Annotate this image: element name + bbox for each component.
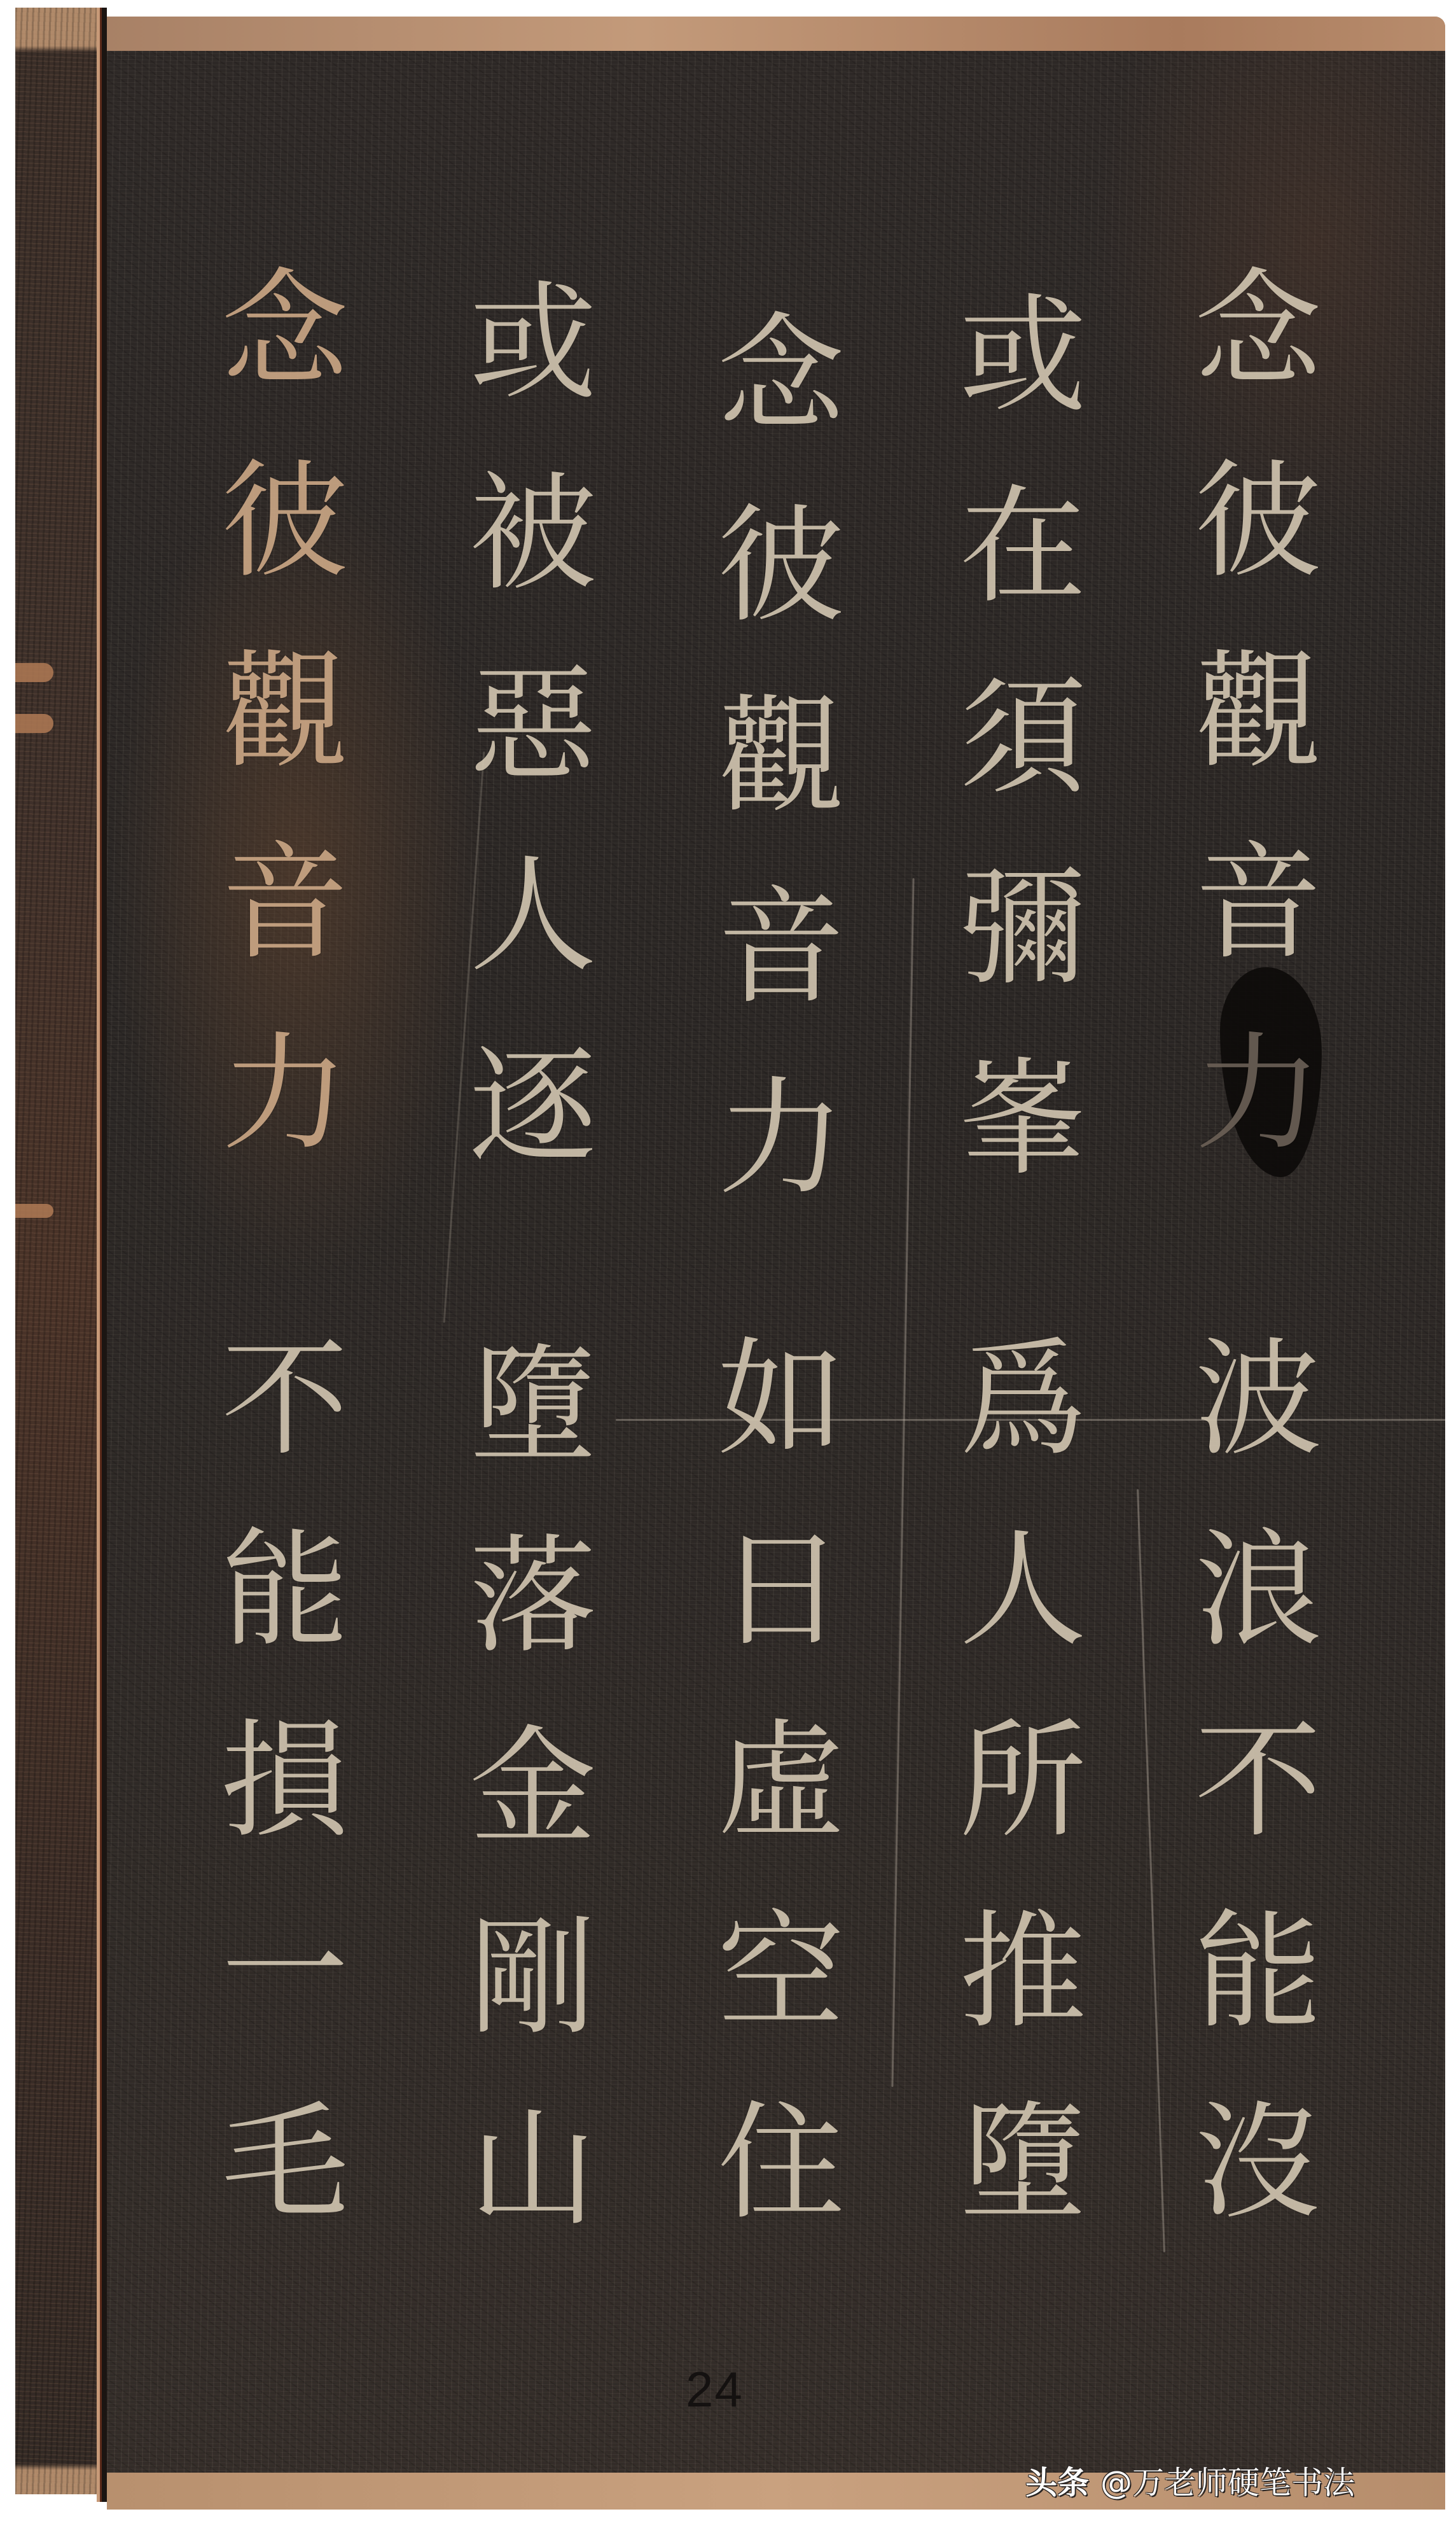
page-number: 24 xyxy=(686,2361,744,2419)
character: 彼 xyxy=(1182,426,1335,617)
character: 惡 xyxy=(457,630,609,821)
character: 人 xyxy=(946,1495,1099,1686)
character: 觀 xyxy=(1182,617,1335,808)
character: 觀 xyxy=(209,617,361,808)
character: 在 xyxy=(946,452,1099,643)
character: 浪 xyxy=(1182,1495,1335,1686)
character: 空 xyxy=(705,1877,857,2068)
character: 不 xyxy=(1182,1686,1335,1877)
adjacent-page-character-fragment xyxy=(15,1204,53,1218)
stele-rubbing-surface: 念 彼 觀 音 力 波 浪 不 能 沒 或 在 須 彌 峯 爲 人 所 推 墮 xyxy=(107,51,1445,2473)
character: 音 xyxy=(209,808,361,999)
character: 被 xyxy=(457,439,609,630)
character: 推 xyxy=(946,1877,1099,2068)
character: 不 xyxy=(209,1304,361,1495)
character: 能 xyxy=(1182,1877,1335,2068)
stone-crack xyxy=(1137,1489,1165,2252)
character: 損 xyxy=(209,1686,361,1877)
character: 波 xyxy=(1182,1304,1335,1495)
character: 或 xyxy=(457,248,609,439)
character: 觀 xyxy=(705,662,857,853)
character: 念 xyxy=(1182,235,1335,426)
character: 念 xyxy=(209,235,361,426)
character: 落 xyxy=(457,1502,609,1693)
character: 能 xyxy=(209,1495,361,1686)
character: 沒 xyxy=(1182,2068,1335,2259)
character: 金 xyxy=(457,1693,609,1883)
character: 念 xyxy=(705,280,857,471)
character: 一 xyxy=(209,1877,361,2068)
character: 所 xyxy=(946,1686,1099,1877)
platform-watermark: 头条@万老师硬笔书法 xyxy=(1025,2457,1355,2503)
text-column-5: 念 彼 觀 音 力 不 能 損 一 毛 xyxy=(202,235,368,2259)
watermark-brand: 头条 xyxy=(1025,2464,1089,2501)
character: 虛 xyxy=(705,1686,857,1877)
character: 毛 xyxy=(209,2068,361,2259)
text-column-3: 念 彼 觀 音 力 如 日 虛 空 住 xyxy=(698,280,864,2259)
character: 音 xyxy=(705,853,857,1044)
character: 力 xyxy=(209,999,361,1190)
character: 墮 xyxy=(457,1311,609,1502)
adjacent-page-character-fragment xyxy=(15,663,53,682)
character: 須 xyxy=(946,643,1099,834)
adjacent-page-character-fragment xyxy=(15,714,53,733)
character: 住 xyxy=(705,2068,857,2259)
watermark-handle: @万老师硬笔书法 xyxy=(1100,2464,1355,2501)
character: 或 xyxy=(946,261,1099,452)
rubbing-page: 念 彼 觀 音 力 波 浪 不 能 沒 或 在 須 彌 峯 爲 人 所 推 墮 xyxy=(107,17,1445,2510)
character: 日 xyxy=(705,1495,857,1686)
character: 彼 xyxy=(209,426,361,617)
character: 剛 xyxy=(457,1883,609,2074)
character: 爲 xyxy=(946,1304,1099,1495)
character: 逐 xyxy=(457,1012,609,1203)
book-spine xyxy=(97,8,107,2502)
character: 人 xyxy=(457,821,609,1012)
character: 音 xyxy=(1182,808,1335,999)
character: 墮 xyxy=(946,2068,1099,2259)
character-obscured: 力 xyxy=(1182,999,1335,1190)
text-column-1: 念 彼 觀 音 力 波 浪 不 能 沒 xyxy=(1175,235,1341,2259)
character: 山 xyxy=(457,2074,609,2265)
page-top-border xyxy=(107,17,1445,51)
character: 力 xyxy=(705,1044,857,1234)
adjacent-page-strip xyxy=(15,8,104,2494)
character: 彼 xyxy=(705,471,857,662)
character: 峯 xyxy=(946,1024,1099,1215)
character: 如 xyxy=(705,1304,857,1495)
text-column-4: 或 被 惡 人 逐 墮 落 金 剛 山 xyxy=(450,248,616,2265)
text-column-2: 或 在 須 彌 峯 爲 人 所 推 墮 xyxy=(940,261,1106,2259)
character: 彌 xyxy=(946,834,1099,1024)
stone-crack xyxy=(891,878,914,2087)
